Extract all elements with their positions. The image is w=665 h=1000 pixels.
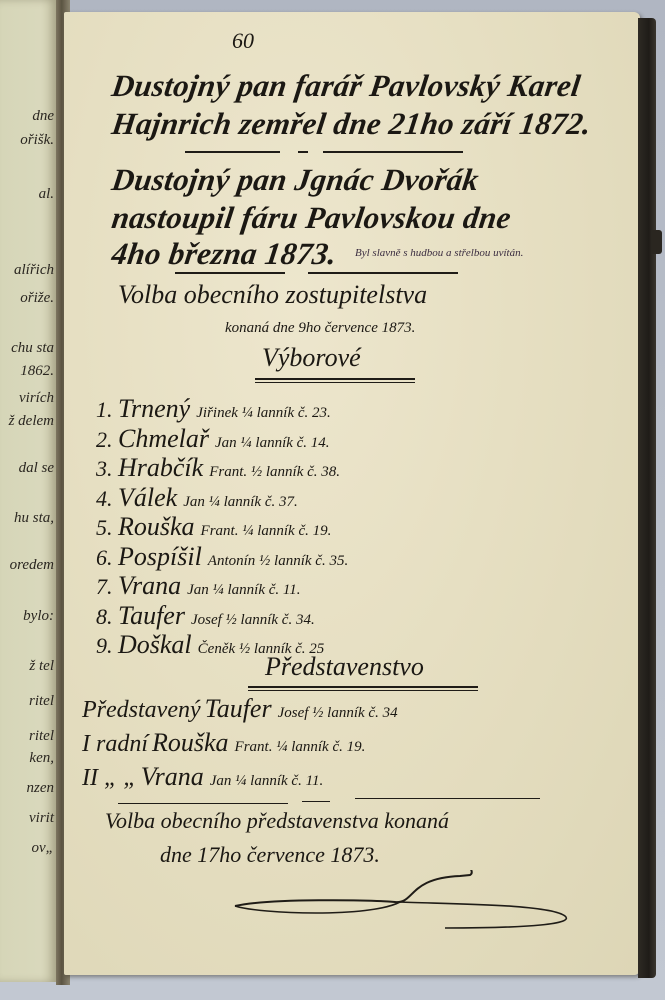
member-number: 8. [96,604,118,630]
board-row: Představený TauferJosef ½ lanník č. 34 [82,694,398,724]
member-row: 7.VranaJan ¼ lanník č. 11. [96,571,301,601]
member-surname: Válek [118,483,177,512]
board-role: II „ „ [82,765,137,791]
election-subtitle: konaná dne 9ho července 1873. [225,320,415,337]
member-details: Frant. ½ lanník č. 38. [209,464,340,480]
member-number: 2. [96,427,118,453]
closing-flourish-icon [230,870,590,950]
member-details: Antonín ½ lanník č. 35. [208,553,348,569]
section-heading-vyborove: Výborové [262,343,361,373]
member-details: Josef ½ lanník č. 34. [191,612,315,628]
member-details: Frant. ¼ lanník č. 19. [201,523,332,539]
facing-page-fragment: ov„ [32,840,55,857]
member-number: 7. [96,574,118,600]
board-surname: Rouška [152,728,229,757]
board-row: II „ „ VranaJan ¼ lanník č. 11. [82,762,323,792]
facing-page-fragment: dne [32,108,54,125]
facing-page-fragment: hu sta, [14,510,54,527]
board-role: Představený [82,697,201,723]
board-surname: Vrana [141,762,204,791]
member-row: 8.TauferJosef ½ lanník č. 34. [96,601,315,631]
divider-rule [118,803,288,804]
member-row: 5.RouškaFrant. ¼ lanník č. 19. [96,512,331,542]
member-number: 3. [96,456,118,482]
heading-underline [255,382,415,383]
member-surname: Pospíšil [118,542,202,571]
board-details: Jan ¼ lanník č. 11. [210,773,323,789]
divider-rule [323,151,463,153]
facing-page-fragment: oredem [10,557,54,574]
facing-page-fragment: nzen [27,780,55,797]
member-number: 9. [96,633,118,659]
member-surname: Rouška [118,512,195,541]
member-number: 5. [96,515,118,541]
member-surname: Trnený [118,394,190,423]
death-notice-line-2: Hajnrich zemřel dne 21ho září 1872. [109,106,593,142]
member-surname: Doškal [118,630,192,659]
member-details: Jiřinek ¼ lanník č. 23. [196,405,331,421]
cover-tab [652,230,662,254]
facing-page-fragment: ken, [29,750,54,767]
divider-rule [308,272,458,274]
facing-page-fragment: bylo: [23,608,54,625]
board-election-line-1: Volba obecního představenstva konaná [105,808,449,834]
death-notice-line-1: Dustojný pan farář Pavlovský Karel [109,68,582,104]
board-row: I radní RouškaFrant. ¼ lanník č. 19. [82,728,365,758]
facing-page-fragment: virích [19,390,54,407]
member-row: 6.PospíšilAntonín ½ lanník č. 35. [96,542,348,572]
member-number: 1. [96,397,118,423]
divider-rule [355,798,540,799]
member-number: 6. [96,545,118,571]
board-details: Josef ½ lanník č. 34 [278,705,398,721]
succession-annotation: Byl slavně s hudbou a střelbou uvítán. [355,247,523,259]
section-heading-predstavenstvo: Představenstvo [265,652,424,682]
facing-page-fragment: virit [29,810,54,827]
divider-rule [298,151,308,153]
member-details: Jan ¼ lanník č. 11. [187,582,300,598]
facing-page-fragment: dal se [19,460,54,477]
facing-page-fragment: ritel [29,728,54,745]
facing-page-edge: dneořišk.al.alířichořiže.chu sta1862.vir… [0,0,58,982]
member-number: 4. [96,486,118,512]
member-row: 4.VálekJan ¼ lanník č. 37. [96,483,298,513]
board-role: I radní [82,731,148,757]
member-details: Jan ¼ lanník č. 37. [183,494,298,510]
member-surname: Hrabčík [118,453,203,482]
facing-page-fragment: ž delem [9,413,54,430]
facing-page-fragment: ořiže. [20,290,54,307]
facing-page-fragment: al. [39,186,54,203]
divider-rule [175,272,285,274]
heading-underline [248,686,478,688]
facing-page-fragment: chu sta [11,340,54,357]
board-election-line-2: dne 17ho července 1873. [160,842,380,868]
succession-line-1: Dustojný pan Jgnác Dvořák [109,162,481,198]
board-surname: Taufer [205,694,272,723]
member-row: 2.ChmelařJan ¼ lanník č. 14. [96,424,330,454]
facing-page-fragment: ž tel [29,658,54,675]
facing-page-fragment: alířich [14,262,54,279]
member-surname: Vrana [118,571,181,600]
divider-rule [302,801,330,802]
page-number: 60 [232,28,254,54]
facing-page-fragment: ořišk. [20,132,54,149]
member-row: 1.TrnenýJiřinek ¼ lanník č. 23. [96,394,331,424]
election-title: Volba obecního zostupitelstva [118,280,427,310]
member-details: Jan ¼ lanník č. 14. [215,435,330,451]
member-surname: Taufer [118,601,185,630]
heading-underline [248,690,478,691]
facing-page-fragment: 1862. [20,363,54,380]
book-cover-edge [638,18,656,978]
succession-line-2: nastoupil fáru Pavlovskou dne [109,200,513,236]
board-details: Frant. ¼ lanník č. 19. [235,739,366,755]
divider-rule [185,151,280,153]
facing-page-fragment: ritel [29,693,54,710]
member-surname: Chmelař [118,424,209,453]
heading-underline [255,378,415,380]
member-row: 3.HrabčíkFrant. ½ lanník č. 38. [96,453,340,483]
succession-line-3: 4ho března 1873. [109,236,338,272]
